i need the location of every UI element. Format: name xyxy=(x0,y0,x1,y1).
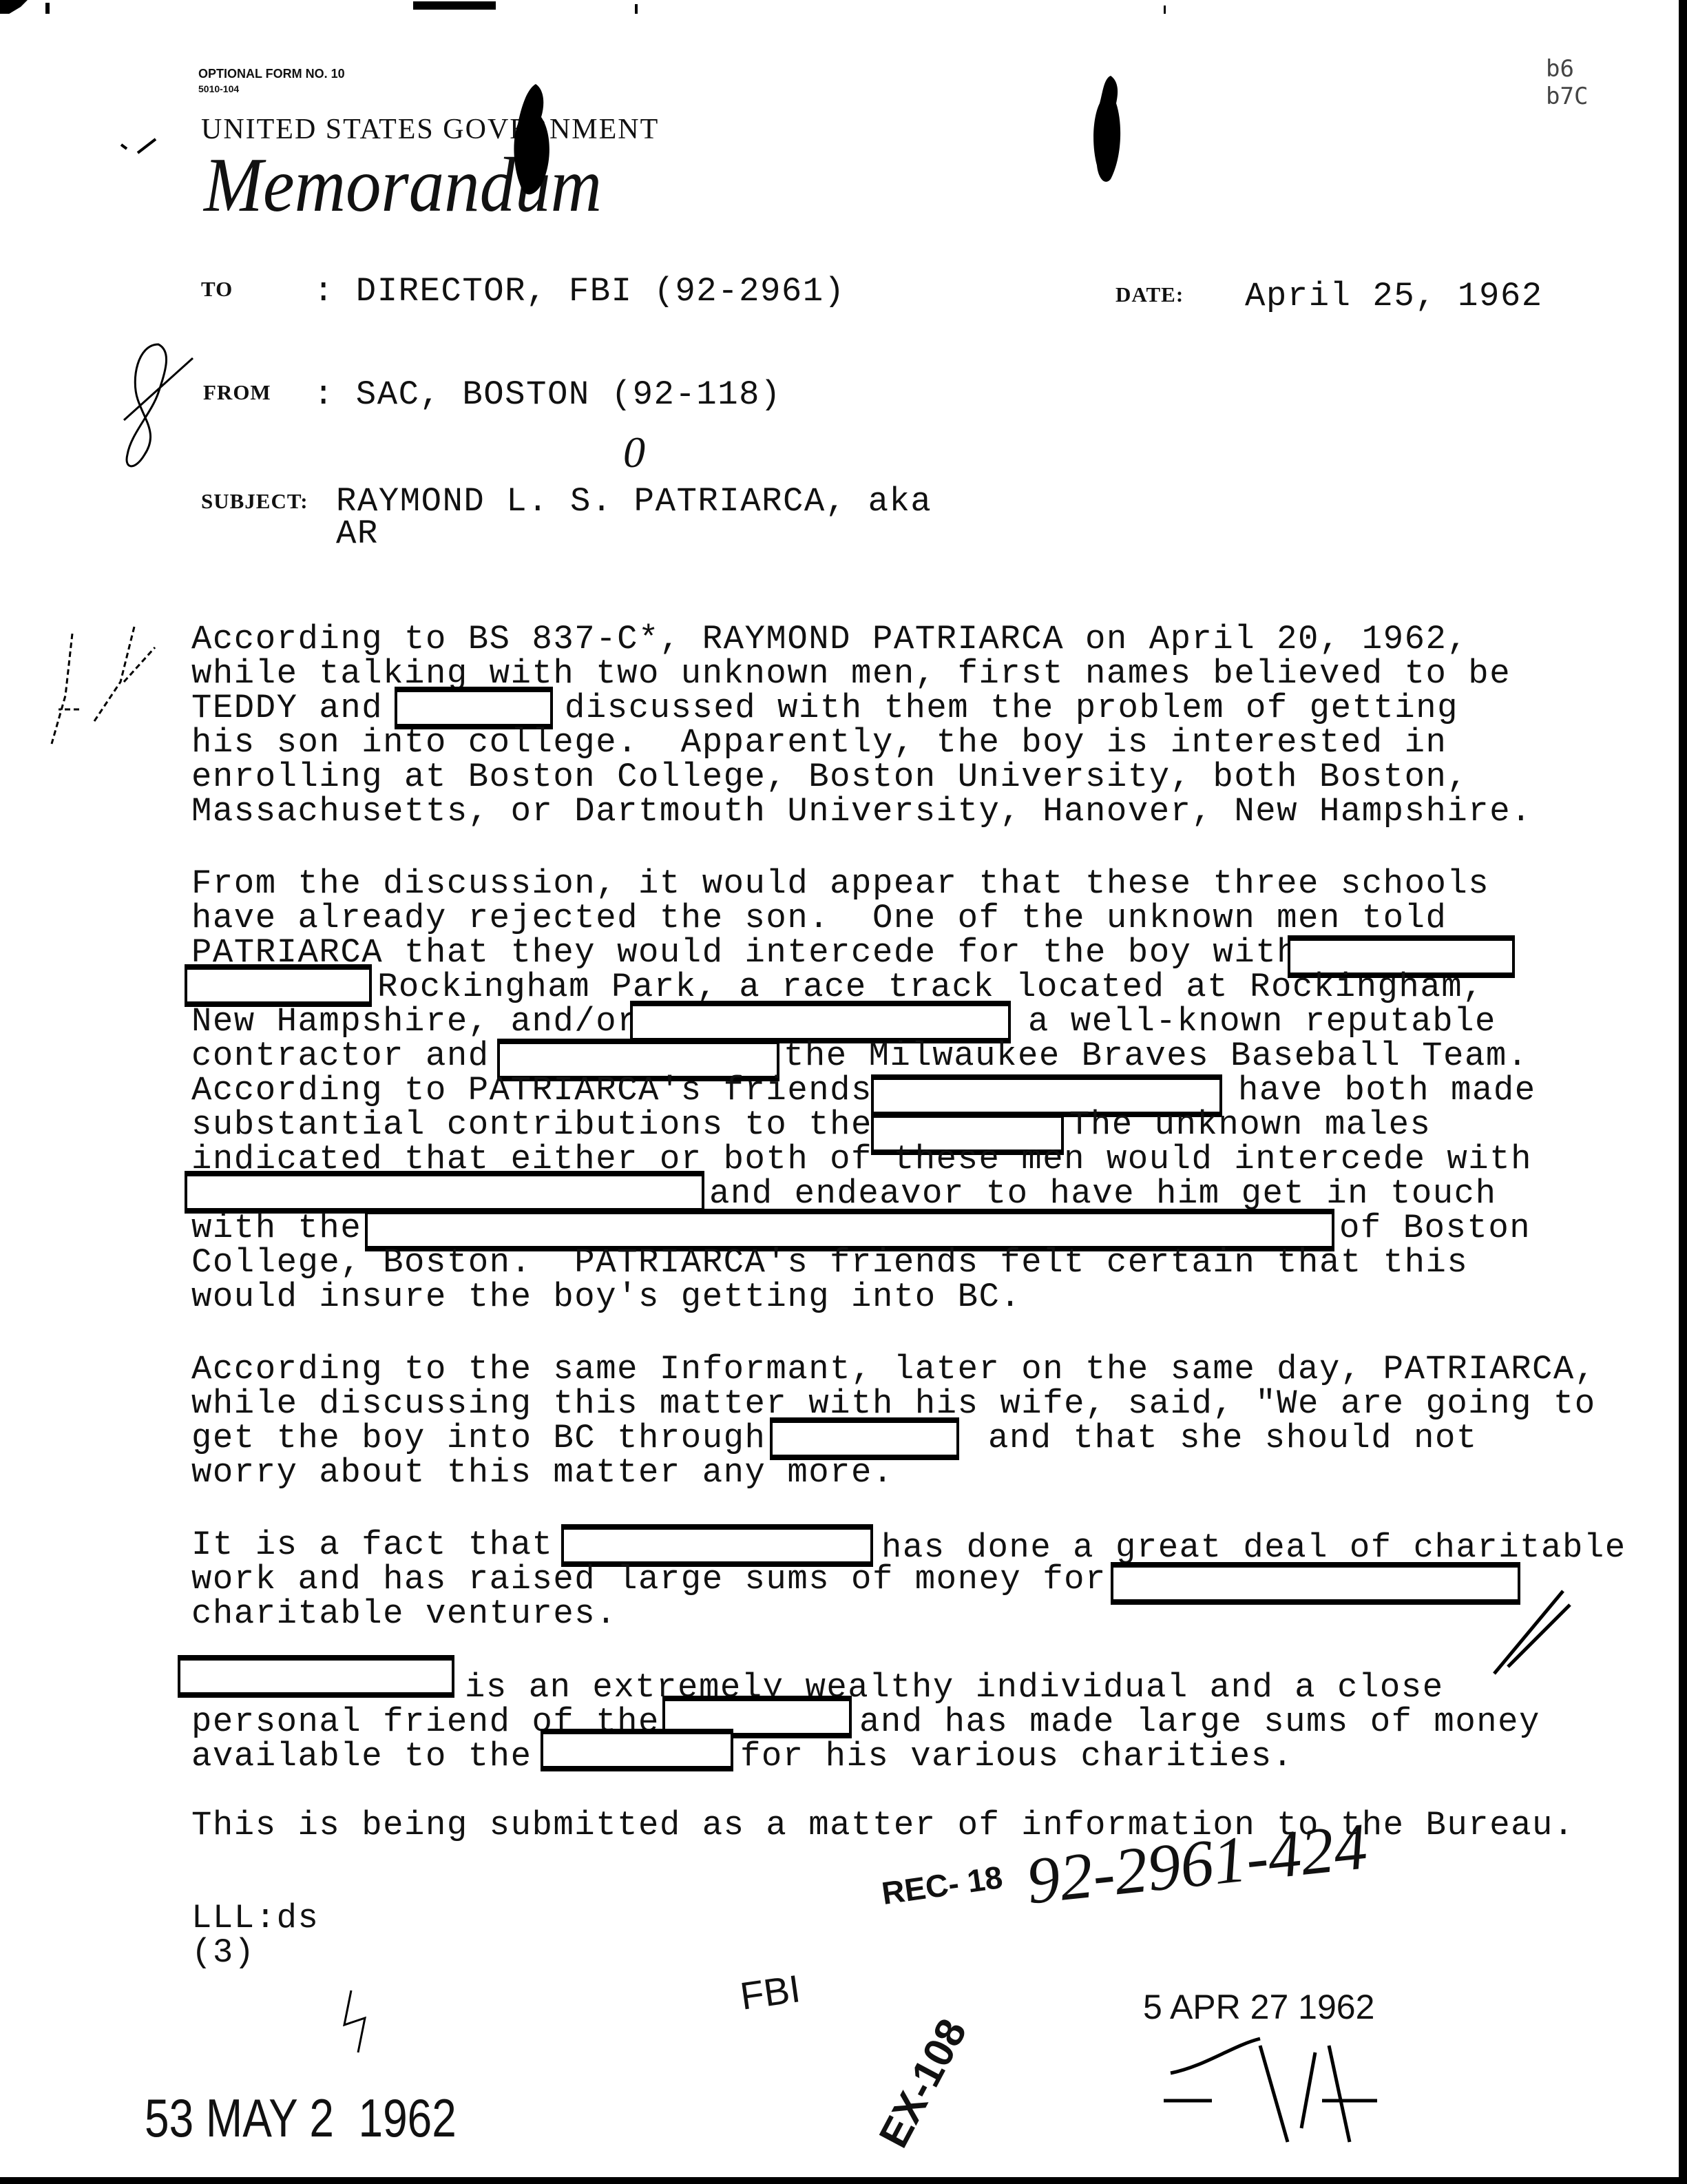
redaction-box xyxy=(1111,1562,1520,1605)
typist-initials: LLL:ds xyxy=(191,1901,319,1935)
body-line: and endeavor to have him get in touch xyxy=(709,1176,1496,1211)
body-line: TEDDY and xyxy=(191,691,383,725)
body-line: Rockingham Park, a race track located at… xyxy=(377,970,1484,1004)
body-line: New Hampshire, and/or xyxy=(191,1004,638,1039)
rec-stamp: REC- 18 xyxy=(879,1858,1005,1912)
handwritten-zero: 0 xyxy=(623,427,645,478)
handwritten-mark-icon xyxy=(324,1984,379,2059)
redaction-box xyxy=(178,1655,454,1698)
body-line: get the boy into BC through xyxy=(191,1421,766,1455)
body-line: and has made large sums of money xyxy=(859,1705,1540,1739)
date-label: DATE: xyxy=(1115,282,1184,307)
body-line: of Boston xyxy=(1339,1211,1531,1245)
body-line: From the discussion, it would appear tha… xyxy=(191,866,1489,901)
body-line: the Milwaukee Braves Baseball Team. xyxy=(784,1039,1529,1073)
body-line: available to the xyxy=(191,1739,532,1774)
scan-edge-bottom xyxy=(0,2177,1687,2184)
body-line: his son into college. Apparently, the bo… xyxy=(191,725,1447,760)
date-value: April 25, 1962 xyxy=(1245,279,1543,313)
body-line: According to the same Informant, later o… xyxy=(191,1352,1596,1386)
ink-blot-icon xyxy=(1078,69,1140,193)
copies-count: (3) xyxy=(191,1935,255,1970)
body-line: The unknown males xyxy=(1069,1107,1431,1142)
body-line: would insure the boy's getting into BC. xyxy=(191,1280,1021,1314)
body-line: College, Boston. PATRIARCA's friends fel… xyxy=(191,1245,1468,1280)
handwritten-mark-icon xyxy=(1480,1577,1577,1681)
scan-edge-right xyxy=(1679,0,1687,2184)
body-line: while discussing this matter with his wi… xyxy=(191,1386,1596,1421)
margin-scribble-icon xyxy=(31,606,169,771)
body-line: discussed with them the problem of getti… xyxy=(565,691,1458,725)
subject-label: SUBJECT: xyxy=(201,489,308,514)
subject-line-2: AR xyxy=(336,517,379,551)
body-line: for his various charities. xyxy=(740,1739,1294,1774)
tick-mark-icon xyxy=(117,124,172,158)
body-line: have both made xyxy=(1238,1073,1536,1107)
ex-108-stamp: EX-108 xyxy=(870,2011,976,2155)
body-line: with the xyxy=(191,1211,361,1245)
body-line: have already rejected the son. One of th… xyxy=(191,901,1447,935)
body-line: enrolling at Boston College, Boston Univ… xyxy=(191,760,1468,794)
body-line: a well-known reputable xyxy=(1028,1004,1496,1039)
may-date-stamp: 53 MAY 2 1962 xyxy=(145,2087,457,2150)
body-line: This is being submitted as a matter of i… xyxy=(191,1808,1575,1842)
body-line: and that she should not xyxy=(988,1421,1478,1455)
body-line: According to PATRIARCA's friends xyxy=(191,1073,872,1107)
received-stamp: 5 APR 27 1962 xyxy=(1143,1987,1374,2027)
from-value: : SAC, BOSTON (92-118) xyxy=(313,377,782,412)
body-line: while talking with two unknown men, firs… xyxy=(191,656,1511,691)
to-label: TO xyxy=(201,277,233,302)
body-line: substantial contributions to the xyxy=(191,1107,872,1142)
scan-edge-top xyxy=(0,0,1687,14)
body-line: charitable ventures. xyxy=(191,1597,617,1631)
body-line: work and has raised large sums of money … xyxy=(191,1562,1107,1597)
ink-blot-icon xyxy=(496,76,565,207)
redaction-box xyxy=(185,1171,704,1214)
exemption-code: b6 b7C xyxy=(1546,55,1588,110)
from-label: FROM xyxy=(203,380,271,405)
to-value: : DIRECTOR, FBI (92-2961) xyxy=(313,274,846,309)
form-number: OPTIONAL FORM NO. 10 xyxy=(198,67,345,81)
body-line: contractor and xyxy=(191,1039,490,1073)
body-line: It is a fact that xyxy=(191,1528,553,1562)
fbi-stamp: FBI xyxy=(737,1966,803,2018)
body-line: worry about this matter any more. xyxy=(191,1455,894,1490)
redaction-box xyxy=(541,1729,733,1771)
form-code: 5010-104 xyxy=(198,83,239,94)
body-line: According to BS 837-C*, RAYMOND PATRIARC… xyxy=(191,622,1468,656)
body-line: is an extremely wealthy individual and a… xyxy=(465,1670,1444,1705)
handwritten-initial-icon xyxy=(110,337,207,475)
body-line: Massachusetts, or Dartmouth University, … xyxy=(191,794,1532,829)
memorandum-page: OPTIONAL FORM NO. 10 5010-104 UNITED STA… xyxy=(0,0,1687,2184)
handwritten-signature-icon xyxy=(1157,2032,1384,2156)
redaction-box xyxy=(185,964,372,1007)
subject-line-1: RAYMOND L. S. PATRIARCA, aka xyxy=(336,484,932,519)
